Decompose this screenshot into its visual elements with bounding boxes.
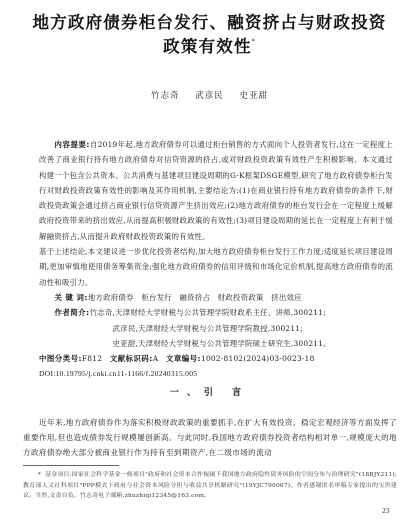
author-name: 竹志奇 xyxy=(151,91,180,101)
abstract-text-2: 基于上述结论,本文建议进一步优化投资者结构,加大地方政府债券柜台发行工作力度;适… xyxy=(39,247,393,287)
footnote-mark: * xyxy=(38,472,41,478)
author-info-line: 史亚甜,天津财经大学财税与公共管理学院硕士研究生,300211。 xyxy=(39,336,393,351)
keyword: 财政投资政策 xyxy=(218,293,264,302)
doc-code-value: A xyxy=(153,354,159,363)
abstract-paragraph: 内容提要:自2019年起,地方政府债券可以通过柜台销售的方式面向个人投资者发行,… xyxy=(39,137,393,244)
keywords-line: 关 键 词:地方政府债券 柜台发行 融资挤占 财政投资政策 挤出效应 xyxy=(39,290,393,305)
keyword: 地方政府债券 xyxy=(88,293,134,302)
title-text-2: 政策有效性 xyxy=(163,37,252,56)
doi-line: DOI:10.19795/j.cnki.cn11-1166/f.20240315… xyxy=(39,366,393,381)
keyword: 挤出效应 xyxy=(271,293,302,302)
author-name: 史亚甜 xyxy=(239,91,268,101)
footnote-text: 基金项目:国家社会科学基金一般项目"政府和社会资本合作视阈下我国地方政府隐性债务… xyxy=(23,472,397,499)
keywords-label: 关 键 词: xyxy=(55,293,88,302)
abstract-paragraph-2: 基于上述结论,本文建议进一步优化投资者结构,加大地方政府债券柜台发行工作力度;适… xyxy=(39,244,393,290)
author-name: 武彦民 xyxy=(195,91,224,101)
doc-code-label: 文献标识码: xyxy=(110,354,153,363)
author-info: 武彦民,天津财经大学财税与公共管理学院教授,300211; xyxy=(55,324,303,333)
clc-value: F812 xyxy=(82,354,102,363)
footnote-paragraph: * 基金项目:国家社会科学基金一般项目"政府和社会资本合作视阈下我国地方政府隐性… xyxy=(23,470,397,502)
author-info-label: 作者简介: xyxy=(55,308,90,317)
author-info-line: 武彦民,天津财经大学财税与公共管理学院教授,300211; xyxy=(39,321,393,336)
author-list: 竹志奇 武彦民 史亚甜 xyxy=(0,89,419,101)
abstract-block: 内容提要:自2019年起,地方政府债券可以通过柜台销售的方式面向个人投资者发行,… xyxy=(39,137,393,382)
article-no-label: 文章编号: xyxy=(166,354,201,363)
section-heading: 一、引 言 xyxy=(0,385,419,398)
title-footnote-mark: * xyxy=(252,38,256,45)
body-paragraph: 近年来,地方政府债券作为落实积极财政政策的重要抓手,在扩大有效投资、稳定宏观经济… xyxy=(23,415,397,460)
keyword: 柜台发行 xyxy=(141,293,172,302)
classification-line: 中图分类号:F812 文献标识码:A 文章编号:1002-8102(2024)0… xyxy=(39,351,393,366)
article-title-line-2: 政策有效性* xyxy=(0,33,419,57)
author-info: 史亚甜,天津财经大学财税与公共管理学院硕士研究生,300211。 xyxy=(55,339,331,348)
article-title-line-1: 地方政府债券柜台发行、融资挤占与财政投资 xyxy=(0,9,419,33)
abstract-text: 自2019年起,地方政府债券可以通过柜台销售的方式面向个人投资者发行,这在一定程… xyxy=(39,140,393,241)
clc-label: 中图分类号: xyxy=(39,354,82,363)
footnote-divider xyxy=(23,465,119,466)
title-text-1: 地方政府债券柜台发行、融资挤占与财政投资 xyxy=(33,13,387,32)
article-no-value: 1002-8102(2024)03-0023-18 xyxy=(201,354,315,363)
body-text: 近年来,地方政府债券作为落实积极财政政策的重要抓手,在扩大有效投资、稳定宏观经济… xyxy=(23,415,397,460)
page-number: 23 xyxy=(382,506,390,515)
keyword: 融资挤占 xyxy=(180,293,211,302)
author-info: 竹志奇,天津财经大学财税与公共管理学院财政系主任、讲师,300211; xyxy=(90,308,326,317)
author-info-line: 作者简介:竹志奇,天津财经大学财税与公共管理学院财政系主任、讲师,300211; xyxy=(39,305,393,320)
footnote: * 基金项目:国家社会科学基金一般项目"政府和社会资本合作视阈下我国地方政府隐性… xyxy=(23,470,397,502)
abstract-label: 内容提要: xyxy=(55,140,90,149)
